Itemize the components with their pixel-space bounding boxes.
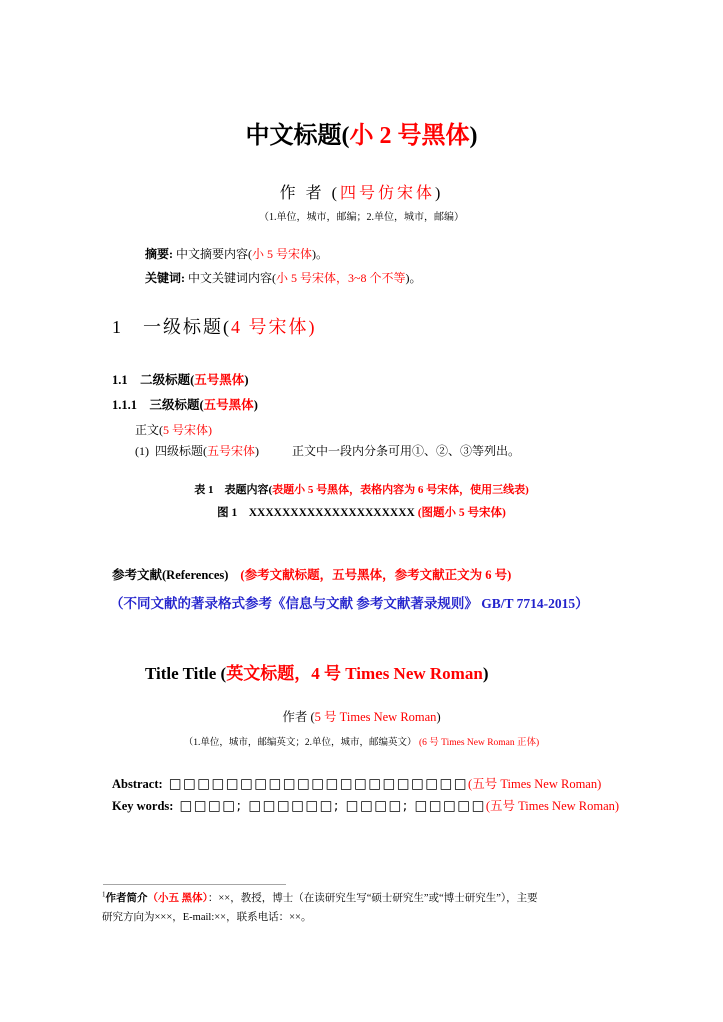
en-abstract-font-note: (五号 Times New Roman) [468, 777, 601, 791]
body-text-font-note: 5 号宋体) [163, 423, 212, 437]
table-caption-text: 表 1 表题内容( [194, 484, 272, 496]
references-font-note: (参考文献标题，五号黑体，参考文献正文为 6 号) [240, 568, 511, 582]
heading-level3: 1.1.1 三级标题(五号黑体) [112, 398, 258, 414]
footnote-line2: 研究方向为×××，E-mail:××，联系电话：××。 [102, 911, 311, 924]
footnote-line1: 1作者简介（小五 黑体）：××，教授，博士（在读研究生写“硕士研究生”或“博士研… [102, 892, 538, 905]
references-label: 参考文献(References) [112, 568, 228, 582]
en-title: Title Title (英文标题，4 号 Times New Roman) [145, 663, 488, 684]
en-author-text: 作者 ( [282, 710, 314, 724]
heading3-text: 1.1.1 三级标题( [112, 398, 204, 412]
en-keywords-font-note: (五号 Times New Roman) [486, 799, 619, 813]
en-author-font-note: 5 号 Times New Roman [315, 710, 437, 724]
footnote-label: 作者简介 [106, 893, 148, 904]
body-text-line: 正文(5 号宋体) [135, 423, 212, 438]
figure-caption-text: 图 1 XXXXXXXXXXXXXXXXXXXX [217, 507, 418, 519]
footnote-font-note: （小五 黑体） [148, 893, 208, 904]
en-author-close: ) [436, 710, 440, 724]
en-title-font-note: 英文标题，4 号 Times New Roman [226, 664, 483, 683]
cn-title-close: ) [470, 123, 478, 149]
cn-keywords-font-note: 小 5 号宋体，3~8 个不等 [276, 271, 406, 285]
en-abstract-label: Abstract: [112, 777, 163, 791]
en-affiliation-text: （1.单位，城市，邮编英文；2.单位，城市，邮编英文） [184, 738, 419, 748]
cn-keywords-label: 关键词: [145, 271, 185, 285]
figure-caption: 图 1 XXXXXXXXXXXXXXXXXXXX (图题小 5 号宋体) [56, 506, 667, 520]
en-title-text: Title Title ( [145, 664, 226, 683]
document-page: 中文标题(小 2 号黑体) 作 者 (四号仿宋体) （1.单位，城市，邮编；2.… [0, 0, 723, 1022]
heading2-font-note: 五号黑体 [194, 373, 244, 387]
en-abstract-line: Abstract:□□□□□□□□□□□□□□□□□□□□□(五号 Times … [112, 776, 601, 793]
en-title-close: ) [483, 664, 489, 683]
cn-abstract-label: 摘要: [145, 247, 173, 261]
table-caption-font-note: 表题小 5 号黑体，表格内容为 6 号宋体，使用三线表) [272, 484, 529, 496]
heading4-close: ) [255, 444, 259, 458]
en-abstract-placeholder-boxes: □□□□□□□□□□□□□□□□□□□□□ [169, 776, 468, 792]
en-affiliation-font-note: (6 号 Times New Roman 正体) [419, 738, 539, 748]
cn-abstract-line: 摘要: 中文摘要内容(小 5 号宋体)。 [145, 247, 328, 262]
figure-caption-font-note: (图题小 5 号宋体) [418, 507, 506, 519]
cn-keywords-text: 中文关键词内容( [185, 271, 276, 285]
heading3-close: ) [254, 398, 258, 412]
cn-affiliation: （1.单位，城市，邮编；2.单位，城市，邮编） [56, 212, 667, 225]
cn-abstract-font-note: 小 5 号宋体 [252, 247, 312, 261]
heading2-close: ) [244, 373, 248, 387]
heading3-font-note: 五号黑体 [204, 398, 254, 412]
cn-abstract-text: 中文摘要内容( [173, 247, 252, 261]
en-keywords-label: Key words: [112, 799, 173, 813]
cn-abstract-close: )。 [312, 247, 328, 261]
cn-author-text: 作 者 ( [280, 185, 340, 202]
heading-level4-line: (1) 四级标题(五号宋体)正文中一段内分条可用①、②、③等列出。 [135, 444, 520, 459]
heading4-font-note: 五号宋体 [207, 444, 255, 458]
heading-level1: 1 一级标题(4 号宋体) [112, 316, 317, 339]
references-heading: 参考文献(References)(参考文献标题，五号黑体，参考文献正文为 6 号… [112, 568, 511, 584]
cn-author-line: 作 者 (四号仿宋体) [56, 184, 667, 204]
heading1-font-note: 4 号宋体) [231, 317, 317, 337]
gbt-standard-note: （不同文献的著录格式参考《信息与文献 参考文献著录规则》 GB/T 7714-2… [110, 596, 589, 613]
footnote-line1-text: ：××，教授，博士（在读研究生写“硕士研究生”或“博士研究生”），主要 [208, 893, 538, 904]
en-affiliation: （1.单位，城市，邮编英文；2.单位，城市，邮编英文） (6 号 Times N… [56, 738, 667, 750]
table-caption: 表 1 表题内容(表题小 5 号黑体，表格内容为 6 号宋体，使用三线表) [56, 484, 667, 498]
heading1-text: 1 一级标题( [112, 317, 231, 337]
cn-title-text: 中文标题( [246, 123, 350, 149]
cn-title-font-note: 小 2 号黑体 [350, 123, 470, 149]
en-keywords-line: Key words:□□□□; □□□□□□; □□□□; □□□□□(五号 T… [112, 798, 619, 815]
footnote-separator-rule [103, 884, 286, 885]
heading-level2: 1.1 二级标题(五号黑体) [112, 373, 248, 389]
heading4-text: (1) 四级标题( [135, 444, 207, 458]
cn-author-font-note: 四号仿宋体 [340, 185, 435, 202]
cn-author-close: ) [435, 185, 443, 202]
cn-keywords-line: 关键词: 中文关键词内容(小 5 号宋体，3~8 个不等)。 [145, 271, 422, 286]
heading4-tail-text: 正文中一段内分条可用①、②、③等列出。 [292, 444, 520, 458]
body-text: 正文( [135, 423, 163, 437]
en-author-line: 作者 (5 号 Times New Roman) [56, 710, 667, 726]
cn-keywords-close: )。 [406, 271, 422, 285]
heading2-text: 1.1 二级标题( [112, 373, 194, 387]
cn-title: 中文标题(小 2 号黑体) [56, 121, 667, 151]
en-keywords-placeholder-boxes: □□□□; □□□□□□; □□□□; □□□□□ [179, 798, 485, 814]
